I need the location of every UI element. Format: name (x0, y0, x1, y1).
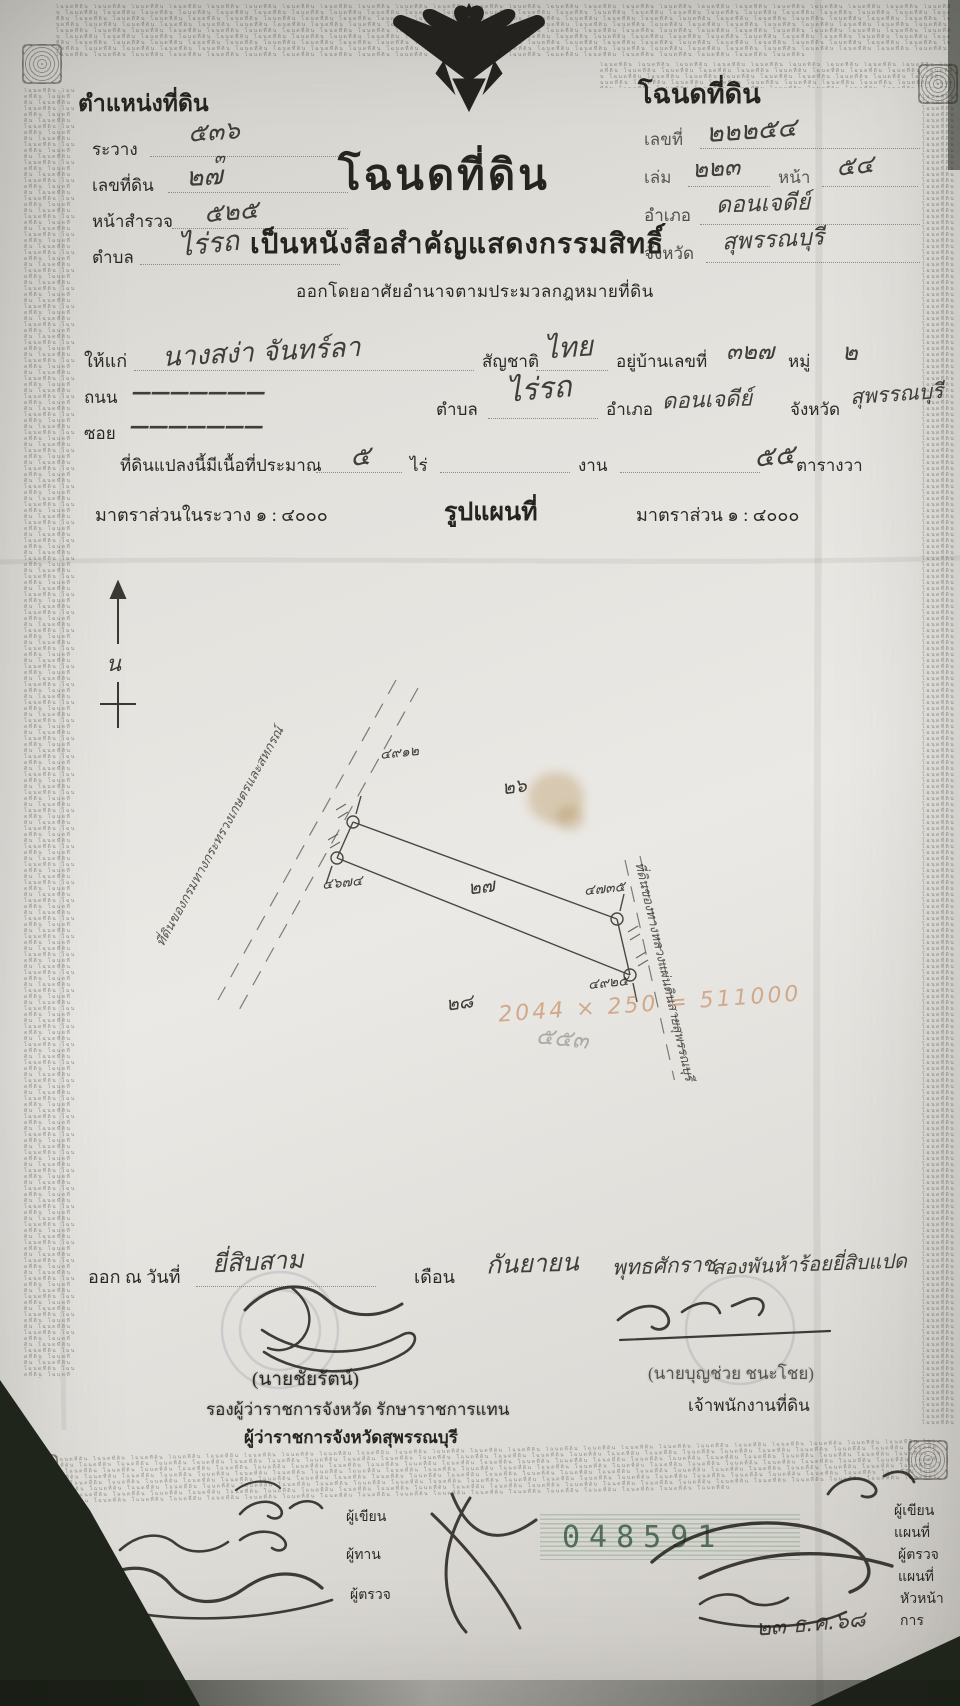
boundary-marker-top-right: ๔๗๓๕ (583, 876, 626, 902)
map-examiner-label: ผู้ตรวจแผนที่ (898, 1544, 960, 1588)
checker-label: ผู้ทาน (346, 1544, 381, 1566)
page-no-value: ๕๔ (834, 144, 876, 188)
left-signatory-role2: ผู้ว่าราชการจังหวัดสุพรรณบุรี (244, 1424, 458, 1451)
volume-label: เล่ม (644, 164, 671, 191)
bottom-date-note: ๒๓ ธ.ค.๖๘ (755, 1601, 867, 1645)
photo-background-bottom-left (0, 1380, 200, 1706)
deed-subtitle: เป็นหนังสือสำคัญแสดงกรรมสิทธิ์ (250, 222, 664, 266)
parcel-no-label: เลขที่ดิน (92, 172, 154, 199)
map-scale: มาตราส่วน ๑ : ๔๐๐๐ (636, 500, 799, 529)
land-deed-photo: โฉนดที่ดิน โฉนดที่ดิน โฉนดที่ดิน โฉนดที่… (0, 0, 960, 1706)
moo-value: ๒ (842, 332, 858, 371)
issue-era-label: พุทธศักราช (611, 1248, 716, 1285)
moo-label: หมู่ (788, 348, 810, 375)
soi-dash-value: ——————— (130, 414, 263, 438)
tambon-line (488, 418, 598, 419)
changwat-value: สุพรรณบุรี (849, 375, 944, 414)
header-tambon-label: ตำบล (92, 244, 134, 271)
rosette-top-left (22, 44, 62, 84)
amphoe-label: อำเภอ (606, 396, 653, 423)
map-writer-label: ผู้เขียนแผนที่ (894, 1500, 960, 1544)
house-no-value: ๓๒๗ (726, 334, 774, 370)
area-wa-line (620, 472, 760, 473)
left-signatory-name: (นายชัยรัตน์) (252, 1364, 359, 1394)
area-prefix: ที่ดินแปลงนี้มีเนื้อที่ประมาณ (120, 452, 322, 479)
header-changwat-value: สุพรรณบุรี (721, 219, 825, 260)
issue-day-line (196, 1286, 376, 1287)
microprint-bottom-band: โฉนดที่ดิน โฉนดที่ดิน โฉนดที่ดิน โฉนดที่… (18, 1438, 943, 1503)
boundary-marker-top-left: ๔๙๑๒ (379, 740, 420, 766)
house-no-label: อยู่บ้านเลขที่ (616, 348, 707, 375)
adjacent-parcel-top: ๒๖ (500, 770, 529, 803)
photo-background-bottom-edge (0, 1680, 960, 1706)
tambon-value: ไร่รถ (504, 363, 573, 416)
header-tambon-value: ไร่รถ (176, 219, 241, 269)
rosette-bottom-right (908, 1440, 948, 1480)
garuda-emblem (385, 0, 553, 120)
parcel-no-value: ๒๗ (185, 155, 224, 198)
left-signatory-role1: รองผู้ว่าราชการจังหวัด รักษาราชการแทน (206, 1396, 509, 1423)
issue-month-value: กันยายน (485, 1242, 579, 1285)
volume-value: ๒๒๓ (691, 146, 742, 188)
area-rai-value: ๕ (349, 433, 372, 477)
parcel-number: ๒๗ (466, 870, 497, 903)
adjacent-parcel-bottom: ๒๘ (444, 986, 475, 1019)
issue-prefix: ออก ณ วันที่ (88, 1262, 181, 1291)
writer-label: ผู้เขียน (346, 1506, 386, 1528)
rai-label: ไร่ (410, 452, 428, 479)
road-dash-value: ——————— (132, 380, 265, 404)
boundary-marker-bottom-left: ๔๖๗๔ (321, 870, 364, 896)
issue-month-label: เดือน (414, 1262, 455, 1291)
photo-background-top-right-edge (948, 0, 960, 170)
map-title: รูปแผนที่ (444, 492, 538, 532)
scale-in-sheet: มาตราส่วนในระวาง ๑ : ๔๐๐๐ (95, 500, 328, 529)
microprint-left-column: โฉนดที่ดิน โฉนดที่ดิน โฉนดที่ดิน โฉนดที่… (24, 88, 76, 1378)
soi-label: ซอย (84, 420, 116, 447)
road-label: ถนน (84, 384, 118, 411)
page-no-line (822, 186, 918, 187)
examiner-label: ผู้ตรวจ (350, 1584, 391, 1606)
chief-label: หัวหน้าการ (900, 1588, 960, 1632)
ravang-line (150, 156, 340, 157)
ngan-label: งาน (578, 452, 607, 479)
survey-page-label: หน้าสำรวจ (92, 208, 173, 235)
ravang-label: ระวาง (92, 136, 138, 163)
deed-no-label: เลขที่ (644, 126, 683, 153)
amphoe-value: ดอนเจดีย์ (661, 380, 752, 418)
right-signatory-name: (นายบุญช่วย ชนะโชย) (648, 1360, 814, 1387)
right-signatory-role: เจ้าพนักงานที่ดิน (688, 1392, 810, 1419)
serial-number: 048591 (562, 1520, 724, 1555)
deed-main-title: โฉนดที่ดิน (338, 142, 550, 208)
tambon-label: ตำบล (436, 396, 478, 423)
header-amphoe-value: ดอนเจดีย์ (715, 184, 810, 223)
microprint-right-column: โฉนดที่ดิน โฉนดที่ดิน โฉนดที่ดิน โฉนดที่… (922, 94, 958, 1424)
boundary-marker-bottom-right: ๔๙๒๕ (587, 970, 630, 996)
deed-block-title: โฉนดที่ดิน (638, 72, 761, 115)
issue-year-value: สองพันห้าร้อยยี่สิบแปด (712, 1245, 908, 1284)
issue-day-value: ยี่สิบสาม (211, 1240, 305, 1285)
changwat-label: จังหวัด (790, 396, 840, 423)
wa-label: ตารางวา (796, 452, 863, 479)
area-wa-value: ๕๕ (752, 432, 796, 478)
header-changwat-line (706, 262, 920, 263)
area-ngan-line (440, 472, 570, 473)
given-to-label: ให้แก่ (84, 346, 127, 375)
deed-legal-basis: ออกโดยอาศัยอำนาจตามประมวลกฎหมายที่ดิน (296, 278, 654, 305)
